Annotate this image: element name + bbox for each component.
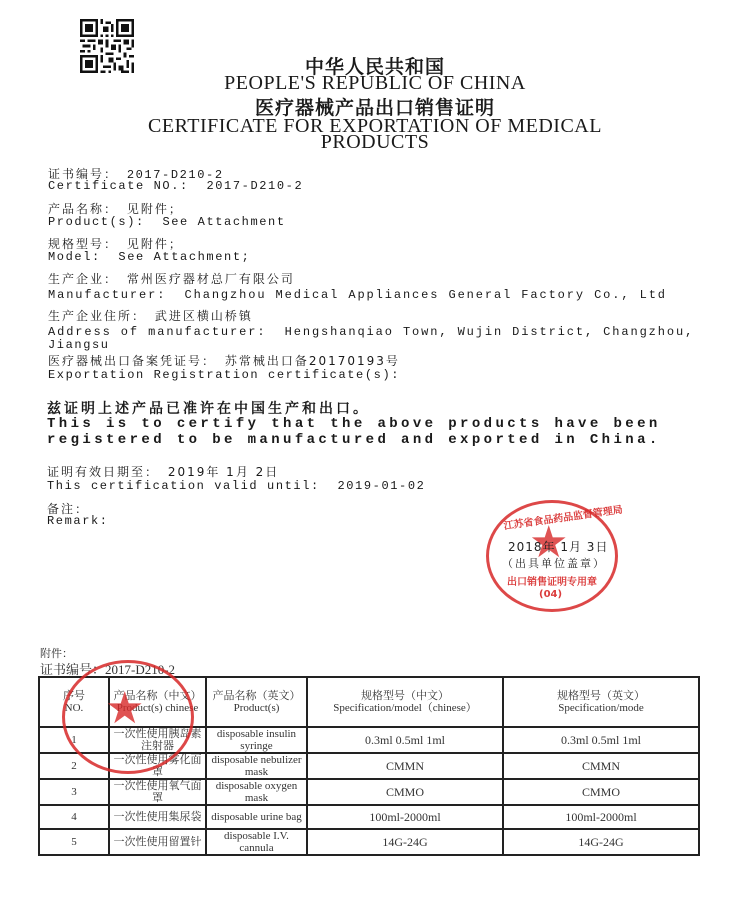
attachment-seal-stamp: ★ (62, 660, 194, 774)
product-en-label: Product(s): (48, 215, 145, 229)
address-zh-label: 生产企业住所： (48, 309, 146, 323)
manufacturer-en: Manufacturer: Changzhou Medical Applianc… (48, 288, 667, 303)
model-en: Model: See Attachment; (48, 250, 250, 265)
product-en-value: See Attachment (162, 215, 285, 229)
model-zh-label: 规格型号： (48, 237, 118, 251)
remark-en-label: Remark: (47, 514, 109, 529)
validity-en-value: 2019-01-02 (337, 479, 425, 493)
registration-en-label: Exportation Registration certificate(s): (48, 368, 400, 383)
certificate-title-en-line2: PRODUCTS (0, 131, 750, 154)
address-en-value-line1: Hengshanqiao Town, Wujin District, Chang… (285, 325, 695, 339)
manufacturer-zh-label: 生产企业： (48, 272, 118, 286)
address-en: Address of manufacturer: Hengshanqiao To… (48, 325, 694, 340)
validity-en: This certification valid until: 2019-01-… (47, 479, 425, 494)
header-spec-en: 规格型号（英文）Specification/mode (503, 677, 699, 727)
model-en-value: See Attachment; (118, 250, 250, 264)
product-zh-value: 见附件； (127, 202, 183, 216)
table-row: 5一次性使用留置针disposable I.V. cannula14G-24G1… (39, 829, 699, 855)
statement-en-line1: This is to certify that the above produc… (47, 416, 661, 433)
seal-code: (04) (539, 589, 562, 600)
certificate-number-en-label: Certificate NO.: (48, 179, 189, 193)
address-en-label: Address of manufacturer: (48, 325, 266, 339)
seal-bottom-text: 出口销售证明专用章 (507, 573, 597, 588)
table-row: 3一次性使用氧气面罩disposable oxygen maskCMMOCMMO (39, 779, 699, 805)
table-row: 4一次性使用集尿袋disposable urine bag100ml-2000m… (39, 805, 699, 829)
country-title-en: PEOPLE'S REPUBLIC OF CHINA (0, 72, 750, 95)
validity-en-label: This certification valid until: (47, 479, 320, 493)
certificate-number-en-value: 2017-D210-2 (206, 179, 303, 193)
stamp-caption: （出具单位盖章） (502, 555, 606, 571)
product-en: Product(s): See Attachment (48, 215, 286, 230)
manufacturer-zh-value: 常州医疗器材总厂有限公司 (127, 272, 295, 286)
validity-zh-label: 证明有效日期至： (47, 465, 159, 479)
product-zh-label: 产品名称： (48, 202, 118, 216)
model-en-label: Model: (48, 250, 101, 264)
statement-en-line2: registered to be manufactured and export… (47, 432, 661, 449)
statement-zh: 兹证明上述产品已准许在中国生产和出口。 (47, 398, 370, 418)
registration-zh-label: 医疗器械出口备案凭证号： (48, 354, 216, 368)
address-zh: 生产企业住所： 武进区横山桥镇 (48, 309, 253, 325)
certificate-number-en: Certificate NO.: 2017-D210-2 (48, 179, 303, 194)
address-zh-value: 武进区横山桥镇 (155, 309, 253, 323)
header-spec-zh: 规格型号（中文）Specification/model（chinese） (307, 677, 503, 727)
registration-zh-value: 苏常械出口备20170193号 (225, 354, 400, 368)
manufacturer-en-label: Manufacturer: (48, 288, 166, 302)
seal-star-icon: ★ (105, 687, 144, 731)
stamp-date: 2018年 1月 3日 (508, 538, 608, 555)
manufacturer-zh: 生产企业： 常州医疗器材总厂有限公司 (48, 272, 295, 288)
address-en-line2: Jiangsu (48, 338, 110, 353)
header-product-en: 产品名称（英文）Product(s) (206, 677, 307, 727)
manufacturer-en-value: Changzhou Medical Appliances General Fac… (185, 288, 667, 302)
validity-zh-value: 2019年 1月 2日 (168, 465, 279, 479)
model-zh-value: 见附件； (127, 237, 183, 251)
